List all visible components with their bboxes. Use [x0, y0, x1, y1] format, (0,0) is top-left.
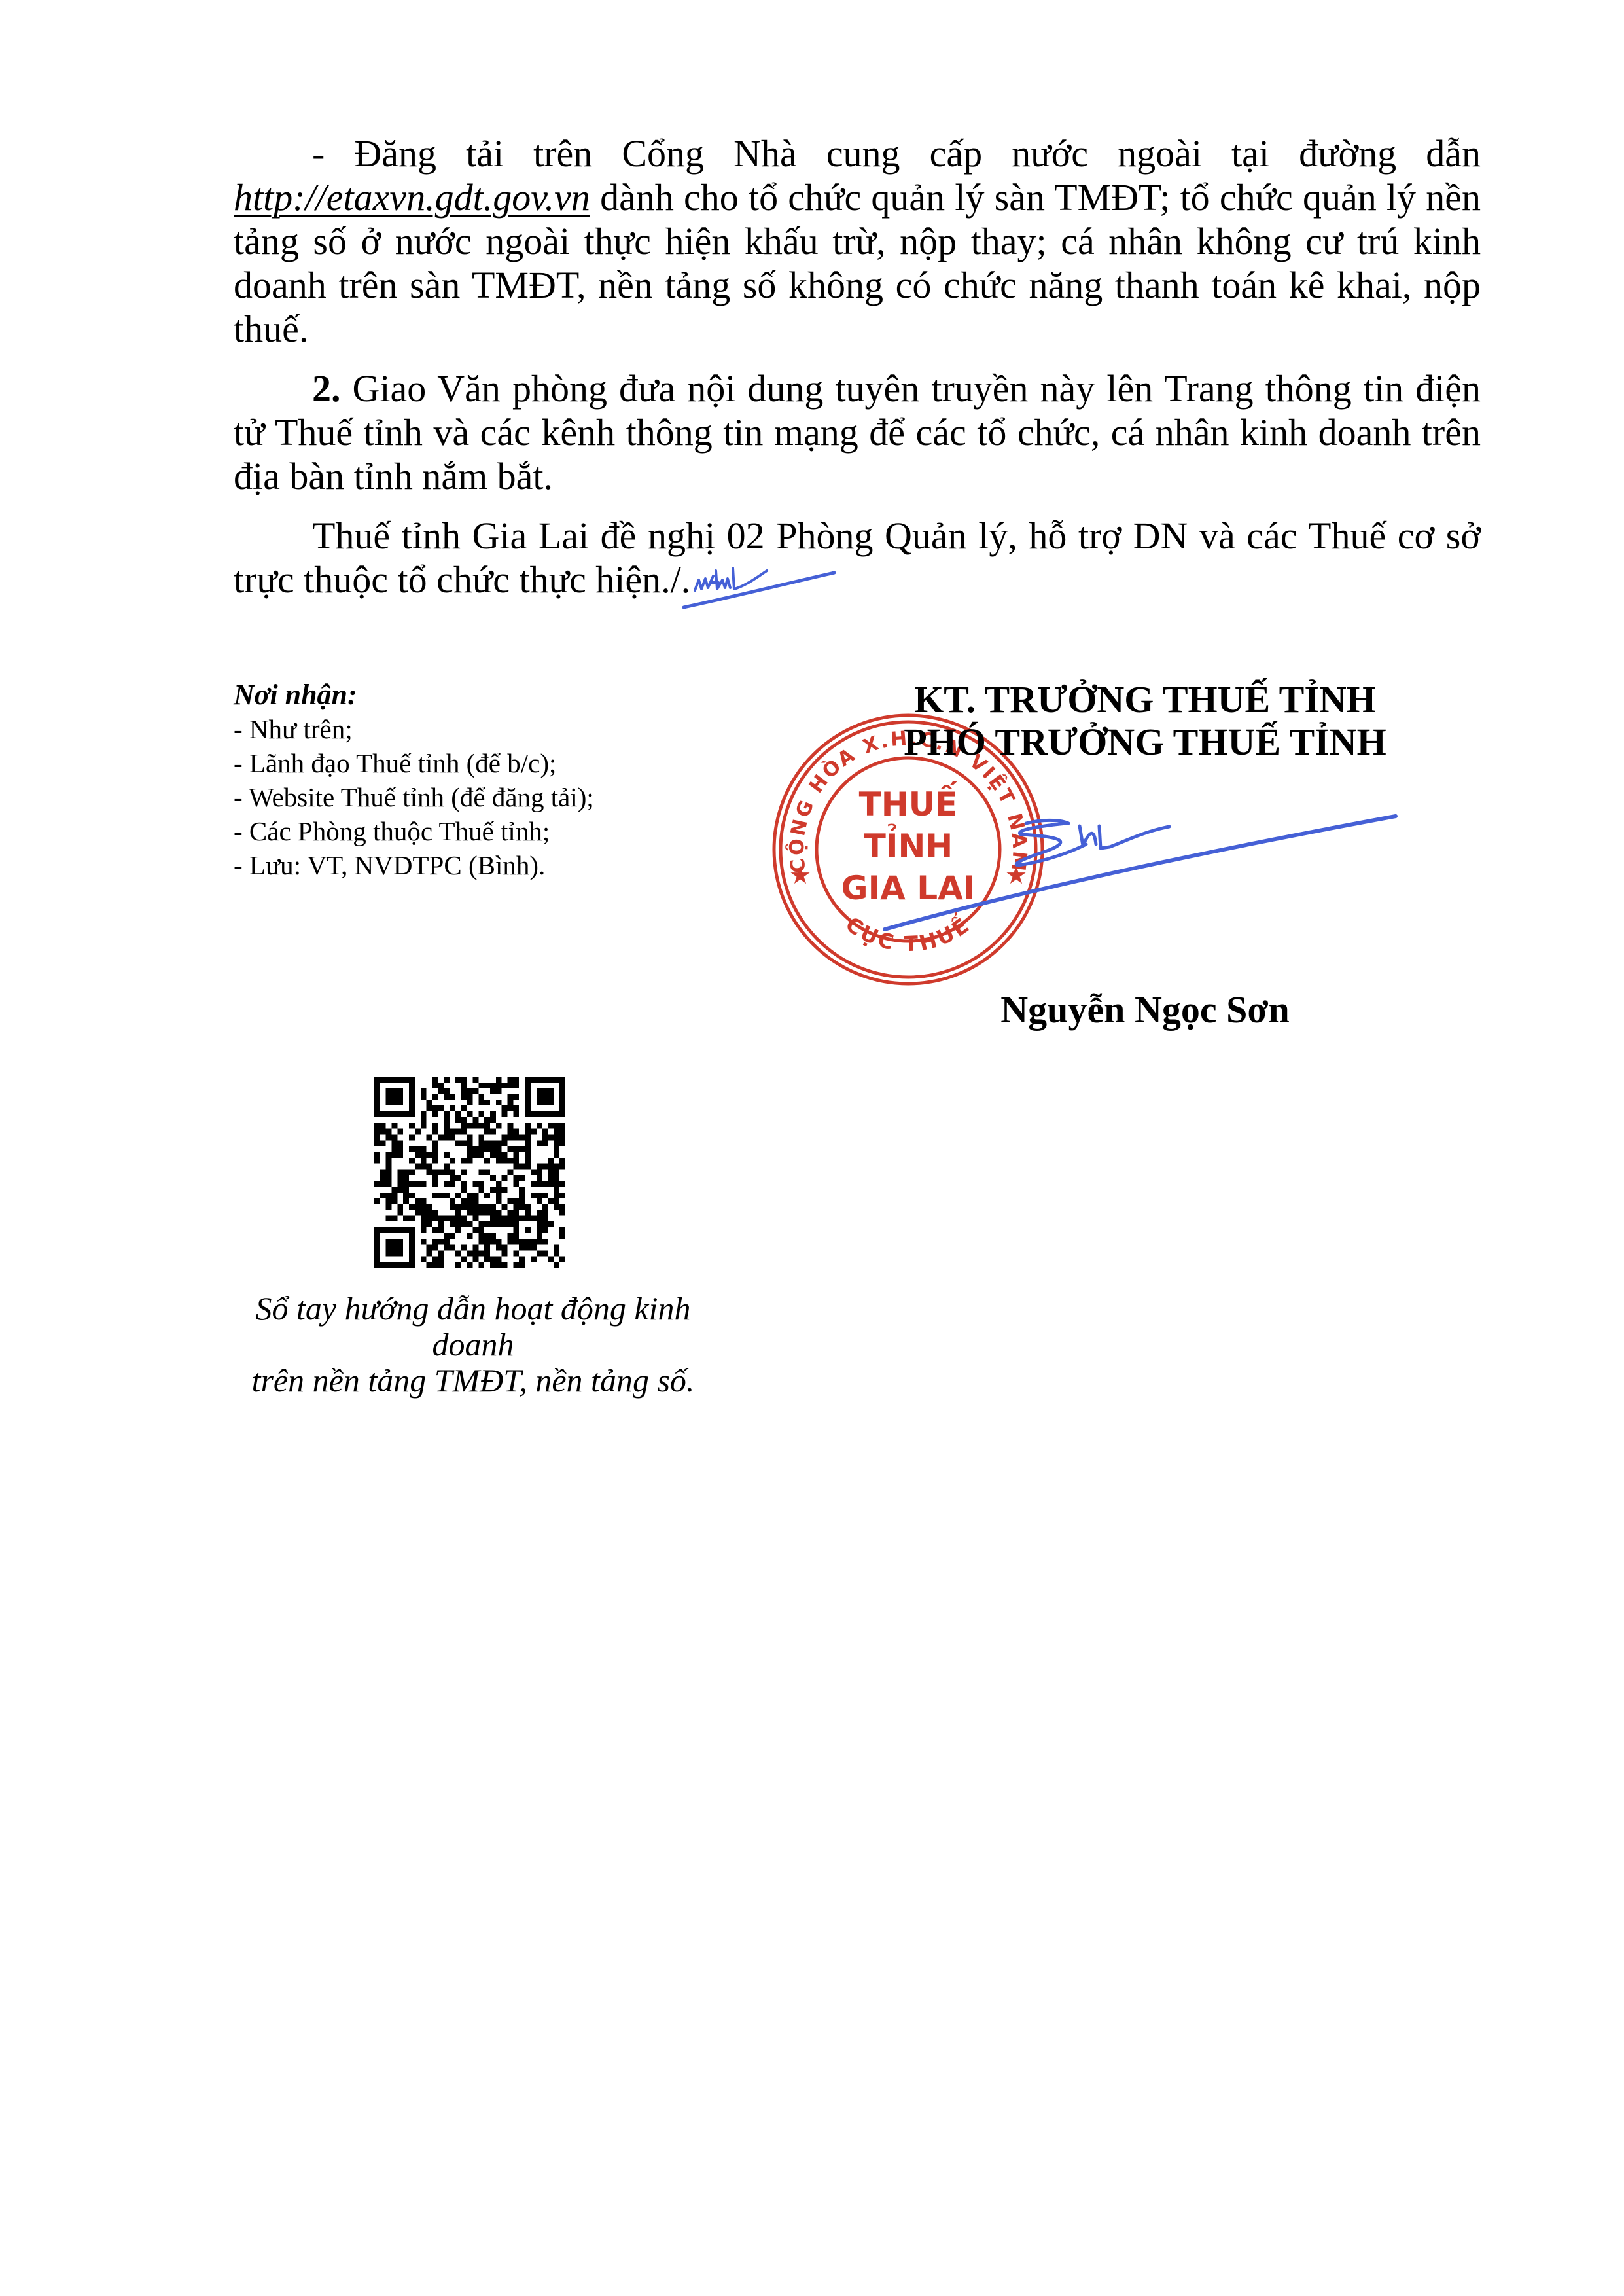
recipient-item: - Lãnh đạo Thuế tỉnh (để b/c);	[234, 746, 757, 780]
item-number: 2.	[312, 367, 341, 410]
stamp-center-line2: TỈNH	[864, 823, 953, 865]
qr-caption-line1: Sổ tay hướng dẫn hoạt động kinh doanh	[211, 1291, 735, 1363]
recipient-item: - Website Thuế tỉnh (để đăng tải);	[234, 780, 757, 814]
recipient-item: - Lưu: VT, NVDTPC (Bình).	[234, 848, 757, 882]
star-icon: ★	[789, 861, 811, 889]
signer-name: Nguyễn Ngọc Sơn	[851, 988, 1439, 1031]
document-page: - Đăng tải trên Cổng Nhà cung cấp nước n…	[0, 0, 1624, 2296]
qr-code[interactable]	[374, 1077, 565, 1268]
paragraph-text: Giao Văn phòng đưa nội dung tuyên truyền…	[234, 367, 1481, 497]
document-body: - Đăng tải trên Cổng Nhà cung cấp nước n…	[234, 132, 1481, 601]
recipient-item: - Như trên;	[234, 712, 757, 746]
bullet-dash: -	[312, 132, 354, 175]
star-icon: ★	[1005, 861, 1027, 889]
etax-link[interactable]: http://etaxvn.gdt.gov.vn	[234, 176, 590, 219]
paragraph-item-2: 2. Giao Văn phòng đưa nội dung tuyên tru…	[234, 367, 1481, 498]
official-seal-stamp: CỘNG HÒA X.H.C.N VIỆT NAM CỤC THUẾ THUẾ …	[771, 712, 1046, 987]
paragraph-lead-text: Đăng tải trên Cổng Nhà cung cấp nước ngo…	[354, 132, 1481, 175]
stamp-text-bottom: CỤC THUẾ	[841, 910, 975, 957]
recipients-block: Nơi nhận: - Như trên; - Lãnh đạo Thuế tỉ…	[234, 678, 757, 882]
qr-caption-line2: trên nền tảng TMĐT, nền tảng số.	[211, 1363, 735, 1399]
recipients-heading: Nơi nhận:	[234, 678, 757, 712]
paragraph-closing: Thuế tỉnh Gia Lai đề nghị 02 Phòng Quản …	[234, 514, 1481, 601]
qr-caption: Sổ tay hướng dẫn hoạt động kinh doanh tr…	[211, 1291, 735, 1399]
recipient-item: - Các Phòng thuộc Thuế tỉnh;	[234, 814, 757, 848]
paragraph-etax-posting: - Đăng tải trên Cổng Nhà cung cấp nước n…	[234, 132, 1481, 351]
stamp-center-line1: THUẾ	[859, 781, 959, 823]
stamp-center-line3: GIA LAI	[841, 869, 976, 907]
paragraph-text: Thuế tỉnh Gia Lai đề nghị 02 Phòng Quản …	[234, 514, 1481, 601]
